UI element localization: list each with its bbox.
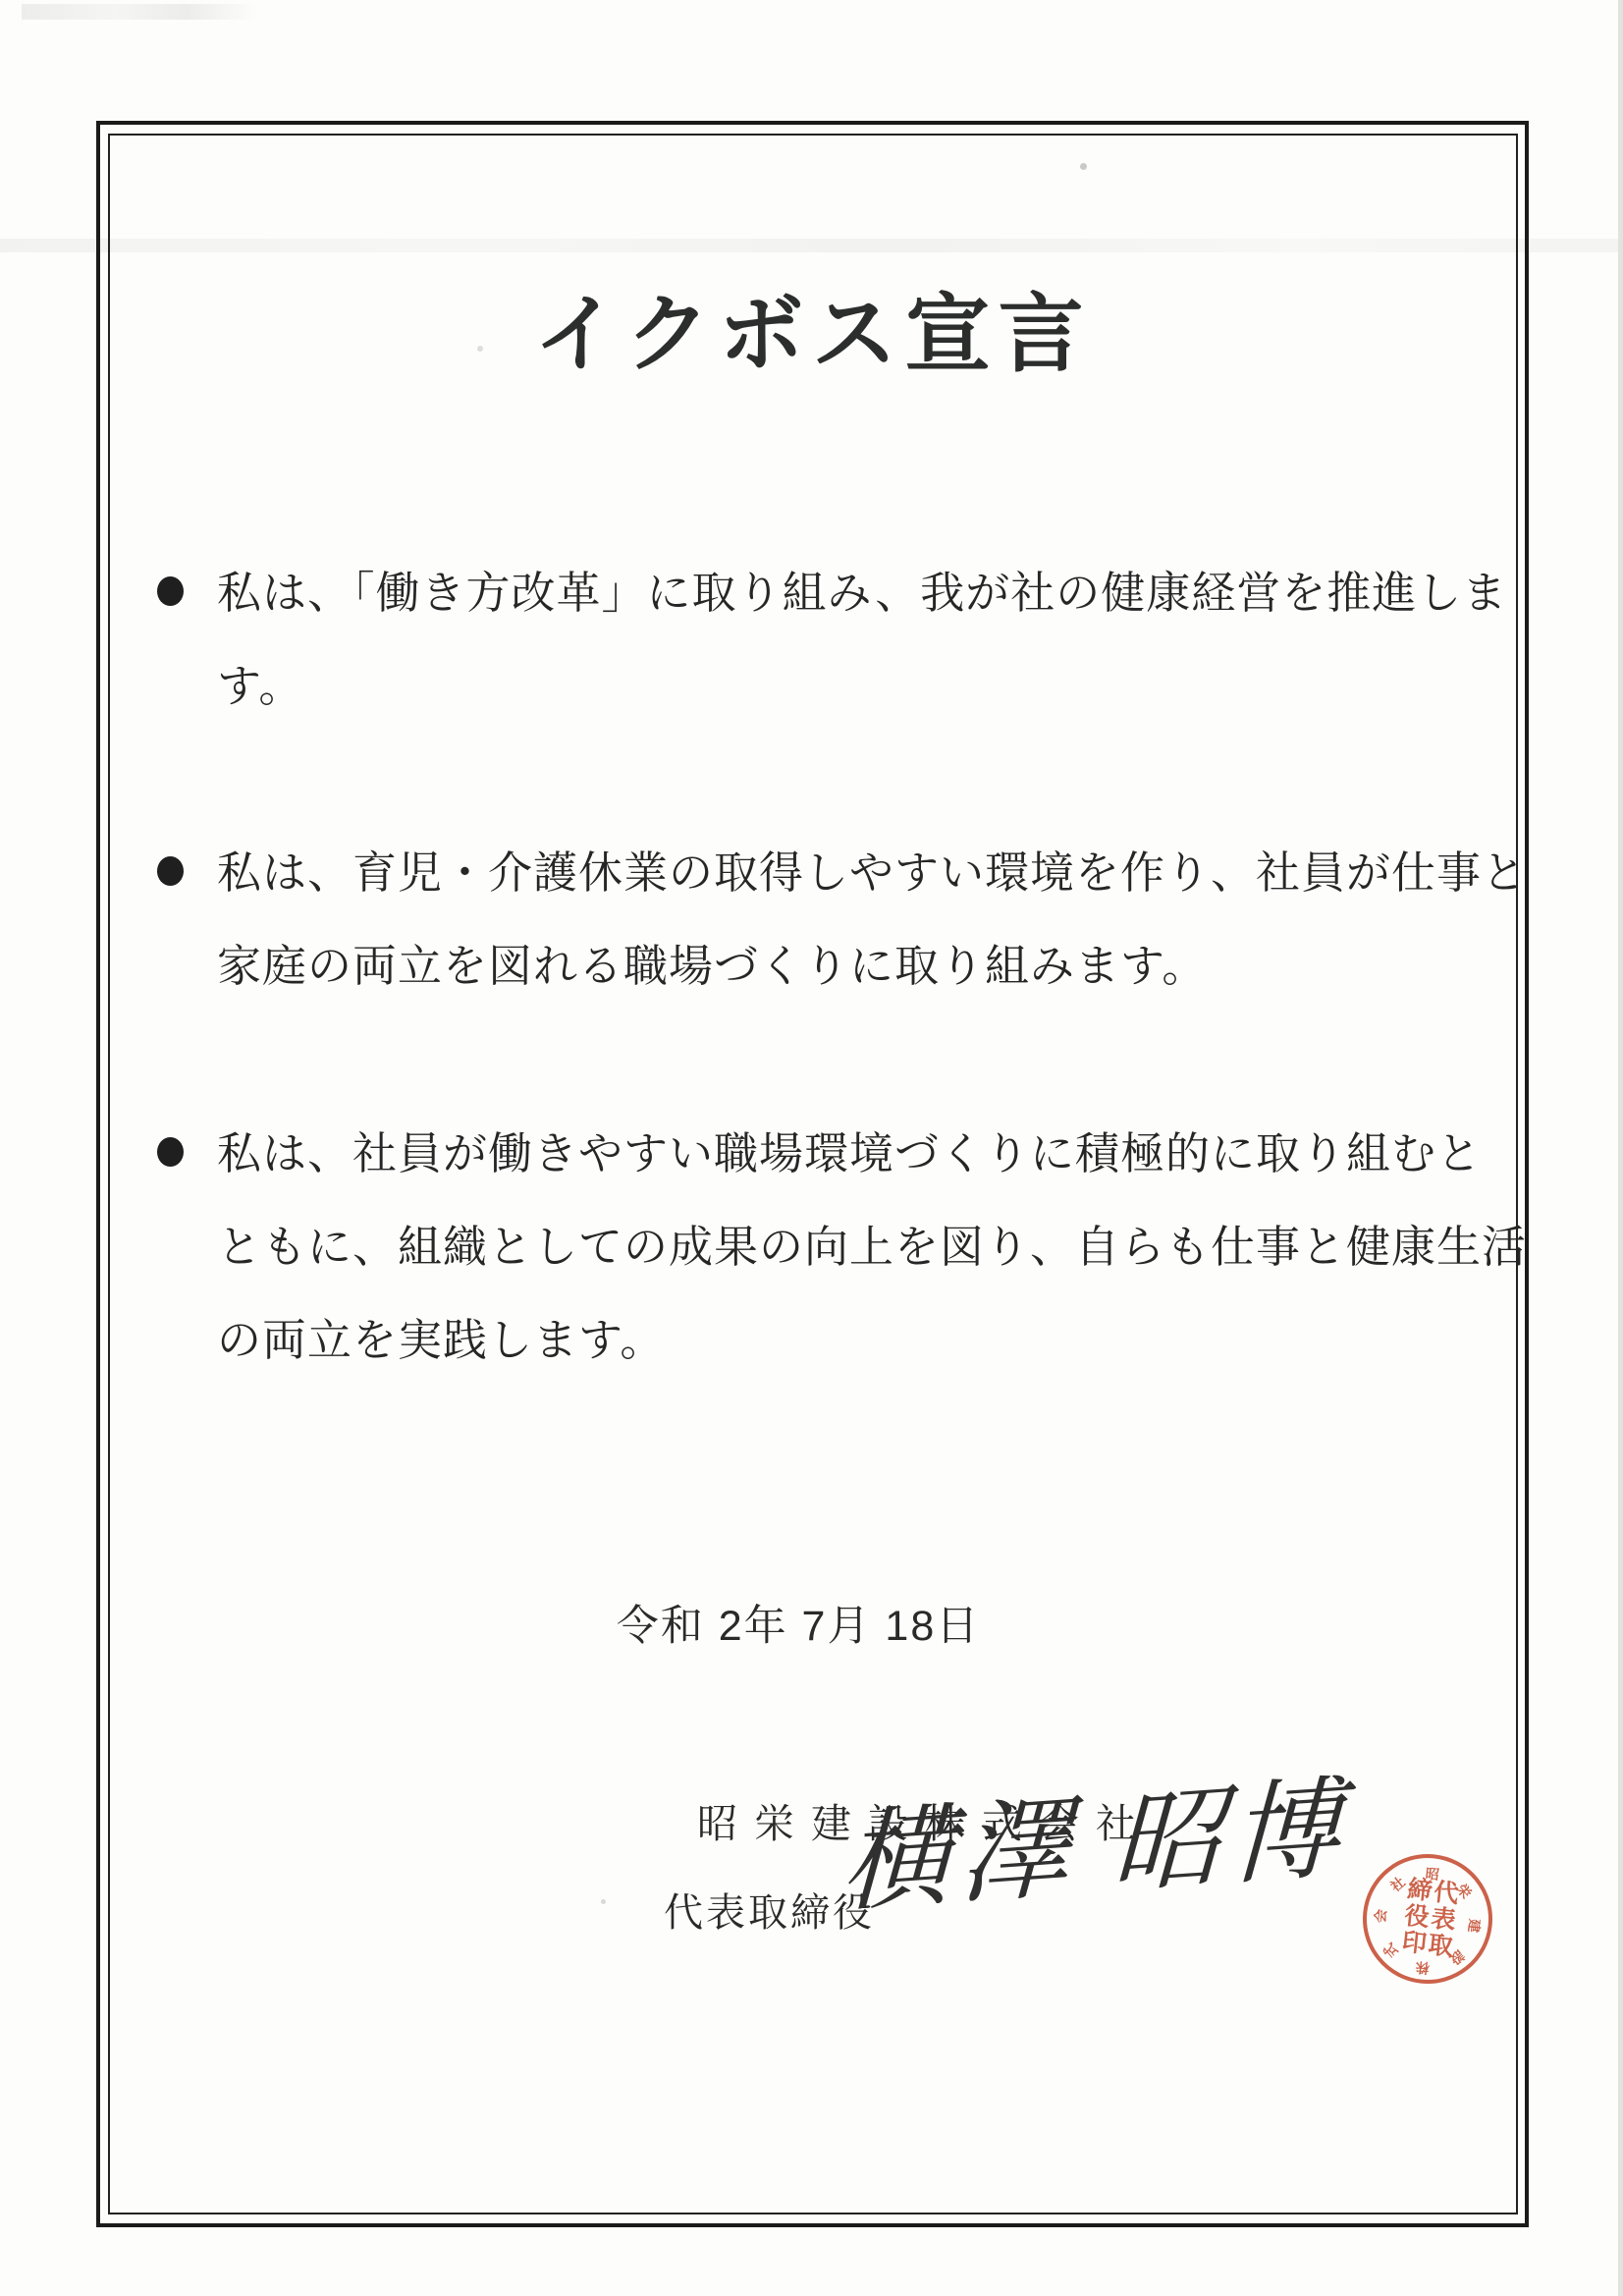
page-edge-shadow (1618, 0, 1623, 2296)
declaration-text: 私は、「働き方改革」に取り組み、我が社の健康経営を推進しま す。 (217, 546, 1507, 733)
bullet-dot-icon (157, 1137, 184, 1167)
declaration-line: 私は、「働き方改革」に取り組み、我が社の健康経営を推進しま (217, 546, 1507, 639)
declaration-item: 私は、社員が働きやすい職場環境づくりに積極的に取り組むと ともに、組織としての成… (157, 1107, 1463, 1387)
bullet-dot-icon (157, 576, 184, 606)
declaration-line: 私は、育児・介護休業の取得しやすい環境を作り、社員が仕事と (217, 826, 1527, 919)
declaration-line: の両立を実践します。 (217, 1293, 1527, 1387)
bullet-dot-icon (157, 856, 184, 886)
declaration-text: 私は、社員が働きやすい職場環境づくりに積極的に取り組むと ともに、組織としての成… (217, 1107, 1527, 1387)
company-seal-stamp-icon: 昭栄建設株式会社 代表取締役印 (1356, 1847, 1498, 1990)
declaration-text: 私は、育児・介護休業の取得しやすい環境を作り、社員が仕事と 家庭の両立を図れる職… (217, 826, 1527, 1012)
declaration-line: す。 (217, 639, 1507, 733)
page-title: イクボス宣言 (96, 265, 1529, 388)
declaration-item: 私は、「働き方改革」に取り組み、我が社の健康経営を推進しま す。 (157, 546, 1463, 733)
declaration-line: ともに、組織としての成果の向上を図り、自らも仕事と健康生活 (217, 1200, 1527, 1293)
scan-artifact-smudge (22, 4, 257, 20)
seal-center-text: 代表取締役印 (1397, 1875, 1458, 1962)
declaration-line: 家庭の両立を図れる職場づくりに取り組みます。 (217, 919, 1527, 1012)
document-date: 令和 2年 7月 18日 (96, 1593, 1500, 1653)
declaration-item: 私は、育児・介護休業の取得しやすい環境を作り、社員が仕事と 家庭の両立を図れる職… (157, 826, 1463, 1012)
scanned-document-page: { "document": { "title": "イクボス宣言", "bull… (0, 0, 1623, 2296)
declaration-line: 私は、社員が働きやすい職場環境づくりに積極的に取り組むと (217, 1107, 1527, 1200)
